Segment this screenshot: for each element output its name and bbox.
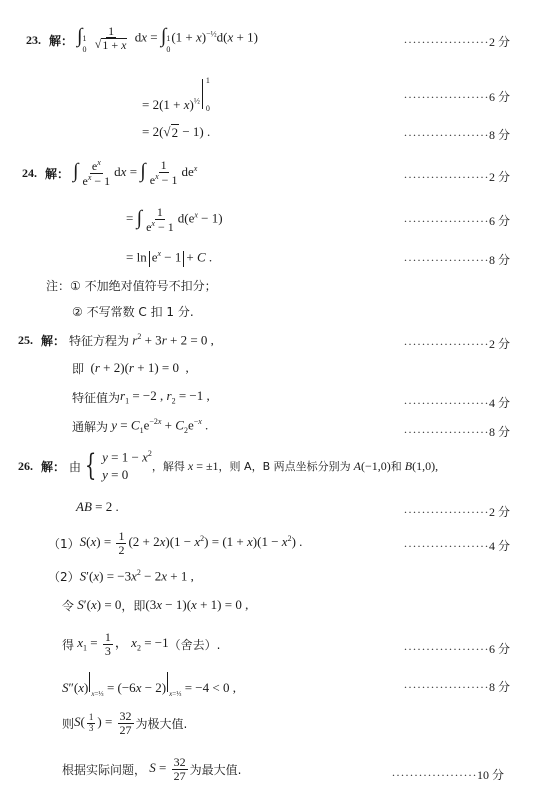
problem-26-part-2-step-6: 根据实际问题， S = 3227 为最大值. — [62, 752, 241, 786]
problem-26-part-2-step-5: 则 S(13) = 3227 为极大值. — [62, 706, 187, 740]
label: 通解为 — [72, 418, 108, 435]
label: ，解得 — [152, 458, 185, 474]
equation: B(1,0), — [402, 459, 438, 474]
equation: (r + 2)(r + 1) = 0 , — [84, 360, 189, 376]
problem-24-step-3: = lnex − 1+ C . — [126, 248, 212, 268]
equation: r1 = −2 , r2 = −1 , — [120, 388, 210, 406]
note-text: ① 不加绝对值符号不扣分； — [70, 277, 217, 294]
problem-number: 26. — [18, 459, 33, 474]
solution-label: 解： — [45, 165, 69, 182]
solution-label: 解： — [49, 32, 73, 49]
equation: S′(x) = 0 — [74, 597, 121, 613]
equation: r2 + 3r + 2 = 0 , — [129, 332, 214, 348]
problem-26-part-2-step-3: 得 x1 = 13， x2 = −1 （舍去）. — [62, 627, 220, 661]
equation: S = 3227 — [146, 756, 190, 782]
label: ，则 A，B 两点坐标分别为 — [219, 458, 351, 474]
problem-number: 23. — [26, 33, 41, 48]
note-text: ② 不写常数 C 扣 1 分. — [72, 303, 194, 320]
score-marker: ···················2 分 — [404, 168, 510, 185]
label: 为最大值. — [190, 761, 242, 778]
problem-25-step-4: 通解为 y = C1e−2x + C2e−x . — [72, 416, 208, 436]
part-label: （2） — [48, 568, 80, 585]
equation: S″(x)x=⅓ = (−6x − 2)x=⅓ = −4 < 0 , — [62, 672, 236, 696]
problem-26-step-2: AB = 2 . — [76, 497, 119, 517]
equation: ∫exex − 1dx = ∫1ex − 1dex — [73, 159, 197, 187]
equation: x = ±1 — [185, 459, 219, 474]
note-label: 注： — [46, 277, 70, 294]
equation: AB = 2 . — [76, 499, 119, 515]
problem-26-part-2-step-4: S″(x)x=⅓ = (−6x − 2)x=⅓ = −4 < 0 , — [62, 670, 236, 698]
label: 得 — [62, 636, 74, 653]
equation: = 2(√2 − 1) . — [142, 124, 210, 141]
label: 即 — [72, 360, 84, 377]
part-label: （1） — [48, 535, 80, 552]
label: 根据实际问题， — [62, 761, 146, 778]
score-marker: ···················2 分 — [404, 335, 510, 352]
note-1: 注： ① 不加绝对值符号不扣分； — [46, 276, 217, 294]
problem-25-step-1: 25. 解： 特征方程为 r2 + 3r + 2 = 0 , — [18, 330, 214, 350]
score-marker: ···················8 分 — [404, 126, 510, 143]
solution-label: 解： — [41, 332, 65, 349]
score-marker: ···················8 分 — [404, 251, 510, 268]
score-marker: ···················4 分 — [404, 394, 510, 411]
score-marker: ···················10 分 — [392, 766, 504, 783]
equation: S(x) = 12(2 + 2x)(1 − x2) = (1 + x)(1 − … — [80, 530, 303, 556]
score-marker: ···················8 分 — [404, 423, 510, 440]
problem-23-step-1: 23. 解： ∫10 1√1 + x dx = ∫10(1 + x)−½d(x … — [26, 20, 258, 60]
problem-23-step-2: = 2(1 + x)½10 — [142, 74, 203, 118]
equation: (3x − 1)(x + 1) = 0 , — [145, 597, 248, 613]
label: （舍去）. — [169, 636, 221, 653]
score-marker: ···················8 分 — [404, 678, 510, 695]
problem-23-step-3: = 2(√2 − 1) . — [142, 122, 210, 142]
problem-26-part-2-step-2: 令 S′(x) = 0 ，即 (3x − 1)(x + 1) = 0 , — [62, 595, 248, 615]
problem-25-step-2: 即 (r + 2)(r + 1) = 0 , — [72, 358, 189, 378]
problem-26-step-1: 26. 解： 由 { y = 1 − x2y = 0 ，解得 x = ±1 ，则… — [18, 446, 438, 486]
problem-25-step-3: 特征值为 r1 = −2 , r2 = −1 , — [72, 387, 210, 407]
label: 特征方程为 — [69, 332, 129, 349]
equation: y = C1e−2x + C2e−x . — [108, 417, 208, 435]
equation: ∫10 1√1 + x dx = ∫10(1 + x)−½d(x + 1) — [77, 25, 258, 55]
label: 令 — [62, 597, 74, 614]
equation: = 2(1 + x)½10 — [142, 79, 203, 113]
problem-26-part-1: （1） S(x) = 12(2 + 2x)(1 − x2) = (1 + x)(… — [48, 526, 302, 560]
score-marker: ···················6 分 — [404, 212, 510, 229]
label: 由 — [69, 458, 81, 475]
equation: x1 = 13， x2 = −1 — [74, 631, 169, 657]
score-marker: ···················6 分 — [404, 88, 510, 105]
score-marker: ···················2 分 — [404, 33, 510, 50]
equation: S′(x) = −3x2 − 2x + 1 , — [80, 568, 194, 584]
equation-system: { y = 1 − x2y = 0 — [81, 448, 152, 485]
label: ，即 — [121, 597, 145, 614]
equation: S(13) = 3227 — [74, 710, 136, 736]
score-marker: ···················4 分 — [404, 537, 510, 554]
solution-label: 解： — [41, 458, 65, 475]
label: 则 — [62, 715, 74, 732]
score-marker: ···················6 分 — [404, 640, 510, 657]
problem-26-part-2-step-1: （2） S′(x) = −3x2 − 2x + 1 , — [48, 566, 194, 586]
equation: = ∫1ex − 1d(ex − 1) — [126, 206, 223, 233]
equation: = lnex − 1+ C . — [126, 249, 212, 266]
problem-number: 24. — [22, 166, 37, 181]
label: 特征值为 — [72, 389, 120, 406]
equation: A(−1,0) — [351, 459, 391, 474]
label: 和 — [391, 458, 402, 474]
note-2: ② 不写常数 C 扣 1 分. — [72, 302, 194, 320]
problem-number: 25. — [18, 333, 33, 348]
problem-24-step-1: 24. 解： ∫exex − 1dx = ∫1ex − 1dex — [22, 155, 197, 191]
problem-24-step-2: = ∫1ex − 1d(ex − 1) — [126, 202, 223, 238]
label: 为极大值. — [136, 715, 188, 732]
score-marker: ···················2 分 — [404, 503, 510, 520]
